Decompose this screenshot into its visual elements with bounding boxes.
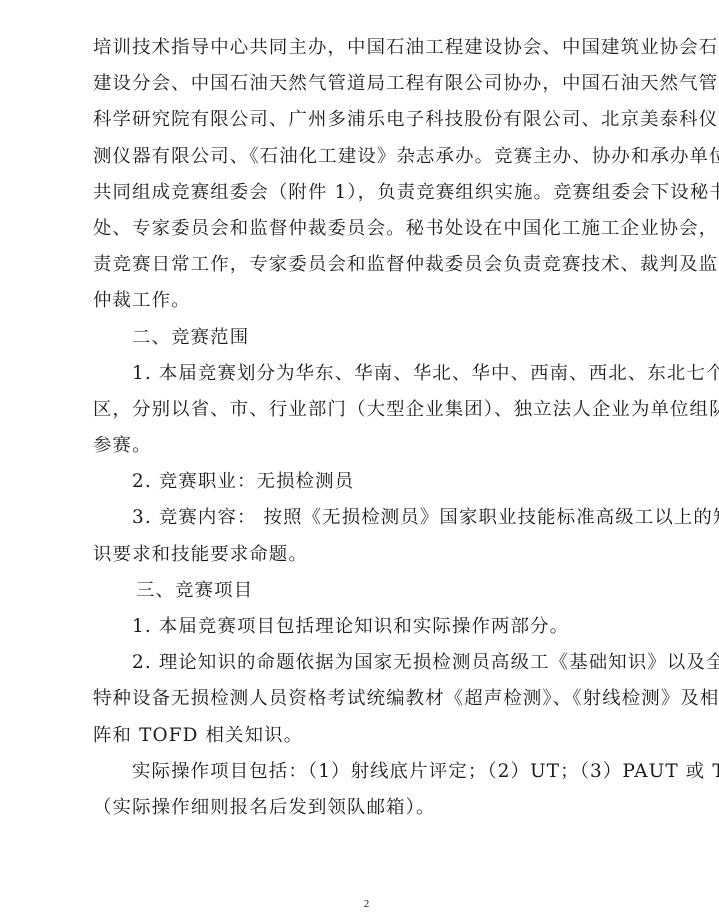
list-item-line: 3. 竞赛内容： 按照《无损检测员》国家职业技能标准高级工以上的知	[93, 500, 645, 536]
paragraph-line: （实际操作细则报名后发到领队邮箱）。	[93, 790, 645, 826]
list-item-line: 识要求和技能要求命题。	[93, 537, 645, 573]
paragraph-line: 建设分会、中国石油天然气管道局工程有限公司协办，中国石油天然气管道	[93, 66, 645, 102]
list-item-line: 2. 竞赛职业：无损检测员	[93, 464, 645, 500]
paragraph-line: 共同组成竞赛组委会（附件 1），负责竞赛组织实施。竞赛组委会下设秘书	[93, 175, 645, 211]
list-item-line: 参赛。	[93, 428, 645, 464]
document-page: 培训技术指导中心共同主办，中国石油工程建设协会、中国建筑业协会石化 建设分会、中…	[0, 0, 719, 920]
page-number: 2	[0, 898, 719, 910]
list-item-line: 阵和 TOFD 相关知识。	[93, 718, 645, 754]
list-item-line: 区，分别以省、市、行业部门（大型企业集团）、独立法人企业为单位组队	[93, 392, 645, 428]
paragraph-line: 处、专家委员会和监督仲裁委员会。秘书处设在中国化工施工企业协会，负	[93, 211, 645, 247]
list-item-line: 特种设备无损检测人员资格考试统编教材《超声检测》、《射线检测》及相控	[93, 681, 645, 717]
paragraph-line: 仲裁工作。	[93, 283, 645, 319]
list-item-line: 1. 本届竞赛项目包括理论知识和实际操作两部分。	[93, 609, 645, 645]
section-heading-scope: 二、竞赛范围	[93, 320, 645, 356]
paragraph-line: 测仪器有限公司、《石油化工建设》杂志承办。竞赛主办、协办和承办单位	[93, 139, 645, 175]
document-body: 培训技术指导中心共同主办，中国石油工程建设协会、中国建筑业协会石化 建设分会、中…	[93, 30, 645, 826]
section-heading-events: 三、竞赛项目	[93, 573, 645, 609]
paragraph-line: 实际操作项目包括：（1）射线底片评定；（2）UT；（3）PAUT 或 TOFD	[93, 754, 645, 790]
list-item-line: 1. 本届竞赛划分为华东、华南、华北、华中、西南、西北、东北七个赛	[93, 356, 645, 392]
list-item-line: 2. 理论知识的命题依据为国家无损检测员高级工《基础知识》以及全国	[93, 645, 645, 681]
paragraph-line: 科学研究院有限公司、广州多浦乐电子科技股份有限公司、北京美泰科仪检	[93, 102, 645, 138]
paragraph-line: 培训技术指导中心共同主办，中国石油工程建设协会、中国建筑业协会石化	[93, 30, 645, 66]
paragraph-line: 责竞赛日常工作，专家委员会和监督仲裁委员会负责竞赛技术、裁判及监督	[93, 247, 645, 283]
